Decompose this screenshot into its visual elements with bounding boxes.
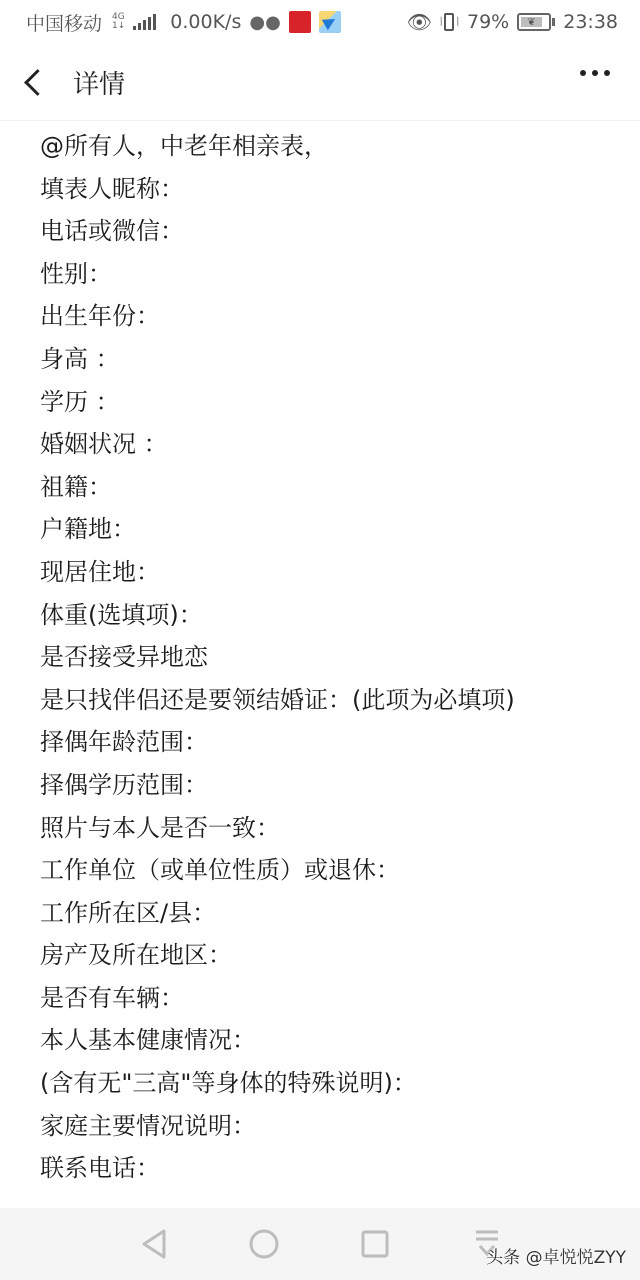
content-line: 照片与本人是否一致： — [40, 807, 640, 850]
content-line: 房产及所在地区： — [40, 934, 640, 977]
more-horizontal-icon[interactable] — [580, 70, 610, 76]
wechat-icon: ●● — [249, 12, 280, 33]
status-bar: 中国移动 4G 1↓ 0.00K/s ●● 👁 ⦚⦚ 79% ❦ 23:38 — [0, 0, 640, 44]
content-line: 现居住地： — [40, 551, 640, 594]
content-line: 择偶年龄范围： — [40, 721, 640, 764]
content-line: 填表人昵称： — [40, 168, 640, 211]
clock: 23:38 — [563, 11, 618, 33]
watermark: 头条 @卓悦悦ZYY — [486, 1243, 626, 1268]
signal-icon — [133, 14, 156, 30]
content-line: 体重(选填项)： — [40, 594, 640, 637]
battery-icon: ❦ — [517, 13, 555, 31]
content-line: @所有人，中老年相亲表， — [40, 125, 640, 168]
toutiao-app-icon — [289, 11, 311, 33]
content-line: 婚姻状况 ： — [40, 423, 640, 466]
content-line: 祖籍： — [40, 466, 640, 509]
content-line: 工作单位（或单位性质）或退休： — [40, 849, 640, 892]
content-line: 户籍地： — [40, 508, 640, 551]
system-nav-bar: 头条 @卓悦悦ZYY — [0, 1208, 640, 1280]
content-line: 家庭主要情况说明： — [40, 1105, 640, 1148]
content-line: 择偶学历范围： — [40, 764, 640, 807]
circle-home-icon — [248, 1228, 280, 1260]
content-line: 学历 ： — [40, 381, 640, 424]
content-line: 是只找伴侣还是要领结婚证：(此项为必填项) — [40, 679, 640, 722]
square-recents-icon — [360, 1228, 390, 1260]
vibrate-icon: ⦚⦚ — [440, 13, 459, 31]
content-line: (含有无"三高"等身体的特殊说明)： — [40, 1062, 640, 1105]
triangle-back-icon — [140, 1228, 168, 1260]
content-line: 联系电话： — [40, 1147, 640, 1190]
page-title: 详情 — [73, 64, 125, 101]
content-line: 性别： — [40, 253, 640, 296]
status-bar-left: 中国移动 4G 1↓ 0.00K/s ●● — [26, 9, 341, 36]
status-bar-right: 👁 ⦚⦚ 79% ❦ 23:38 — [407, 10, 618, 34]
content-line: 是否有车辆： — [40, 977, 640, 1020]
chevron-left-icon[interactable] — [24, 69, 51, 96]
network-type-icon: 4G 1↓ — [112, 13, 125, 31]
post-content: @所有人，中老年相亲表， 填表人昵称： 电话或微信： 性别： 出生年份： 身高 … — [0, 121, 640, 1190]
network-speed: 0.00K/s — [170, 11, 241, 33]
nav-home-button[interactable] — [248, 1228, 280, 1260]
content-line: 工作所在区/县： — [40, 892, 640, 935]
content-line: 出生年份： — [40, 295, 640, 338]
nav-recents-button[interactable] — [360, 1228, 390, 1260]
content-line: 电话或微信： — [40, 210, 640, 253]
content-line: 本人基本健康情况： — [40, 1019, 640, 1062]
eye-comfort-icon: 👁 — [407, 10, 432, 34]
content-line: 身高 ： — [40, 338, 640, 381]
content-line: 是否接受异地恋 — [40, 636, 640, 679]
paper-plane-app-icon — [319, 11, 341, 33]
carrier-name: 中国移动 — [26, 9, 102, 36]
battery-percent: 79% — [467, 11, 509, 33]
app-header: 详情 — [0, 44, 640, 121]
